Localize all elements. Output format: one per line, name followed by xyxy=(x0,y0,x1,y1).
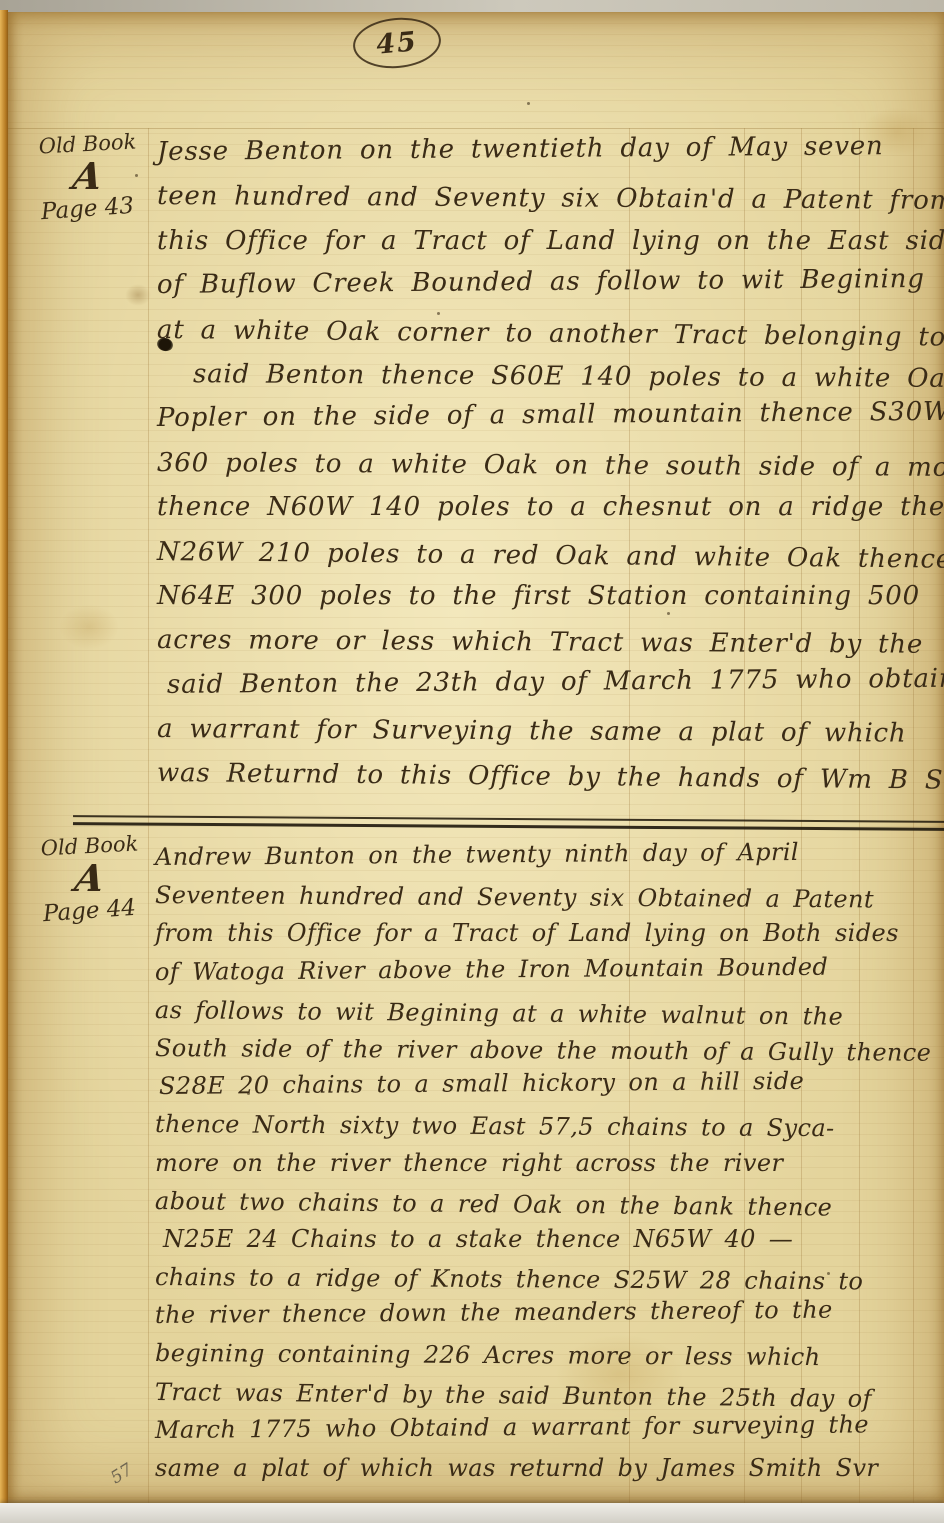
page-number-oval: 45 xyxy=(351,14,443,71)
text-line: Seventeen hundred and Seventy six Obtain… xyxy=(155,876,944,919)
text-line: said Benton the 23th day of March 1775 w… xyxy=(157,656,944,707)
entry-margin-reference: Old Book A Page 44 xyxy=(27,834,152,924)
text-line: of Buflow Creek Bounded as follow to wit… xyxy=(157,257,944,308)
book-spine-edge xyxy=(0,10,8,1507)
divider-line-bottom xyxy=(73,822,944,831)
text-line: was Returnd to this Office by the hands … xyxy=(157,751,944,803)
text-line: of Watoga River above the Iron Mountain … xyxy=(155,946,944,990)
text-line: S28E 20 chains to a small hickory on a h… xyxy=(155,1061,944,1105)
text-line: more on the river thence right across th… xyxy=(155,1144,944,1182)
entry-margin-reference: Old Book A Page 43 xyxy=(25,132,150,222)
text-line: 360 poles to a white Oak on the south si… xyxy=(157,441,944,490)
text-line: thence N60W 140 poles to a chesnut on a … xyxy=(157,485,944,529)
paper-stain xyxy=(59,604,119,650)
margin-book-letter: A xyxy=(24,858,155,898)
text-line: March 1775 who Obtaind a warrant for sur… xyxy=(155,1405,944,1449)
text-line: thence North sixty two East 57,5 chains … xyxy=(155,1105,944,1148)
text-line: same a plat of which was returnd by Jame… xyxy=(155,1449,944,1487)
page-number: 45 xyxy=(375,26,419,61)
entry-divider-rule xyxy=(73,815,944,831)
ink-speck xyxy=(527,102,530,105)
scanned-ledger-page: 45 Old Book A Page 43 Jesse Benton on th… xyxy=(0,0,944,1523)
text-line: about two chains to a red Oak on the ban… xyxy=(155,1182,944,1228)
pencil-note: 57 xyxy=(107,1460,136,1488)
entry-text-body: Andrew Bunton on the twenty ninth day of… xyxy=(155,838,944,1487)
scan-background-bottom xyxy=(0,1503,944,1523)
text-line: this Office for a Tract of Land lying on… xyxy=(157,219,944,263)
entry-text-body: Jesse Benton on the twentieth day of May… xyxy=(157,130,944,796)
text-line: teen hundred and Seventy six Obtain'd a … xyxy=(157,174,944,223)
margin-page-label: Page 44 xyxy=(26,894,153,929)
paper-page: 45 Old Book A Page 43 Jesse Benton on th… xyxy=(7,12,944,1505)
text-line: a warrant for Surveying the same a plat … xyxy=(157,707,944,756)
text-line: begining containing 226 Acres more or le… xyxy=(155,1334,944,1377)
text-line: Andrew Bunton on the twenty ninth day of… xyxy=(155,832,944,876)
margin-page-label: Page 43 xyxy=(24,192,151,227)
margin-book-letter: A xyxy=(22,156,153,196)
paper-stain xyxy=(125,284,151,306)
text-line: N26W 210 poles to a red Oak and white Oa… xyxy=(157,530,944,582)
divider-line-top xyxy=(73,815,944,823)
text-line: Jesse Benton on the twentieth day of May… xyxy=(157,124,944,175)
text-line: Popler on the side of a small mountain t… xyxy=(157,390,944,441)
text-line: the river thence down the meanders there… xyxy=(155,1290,944,1334)
